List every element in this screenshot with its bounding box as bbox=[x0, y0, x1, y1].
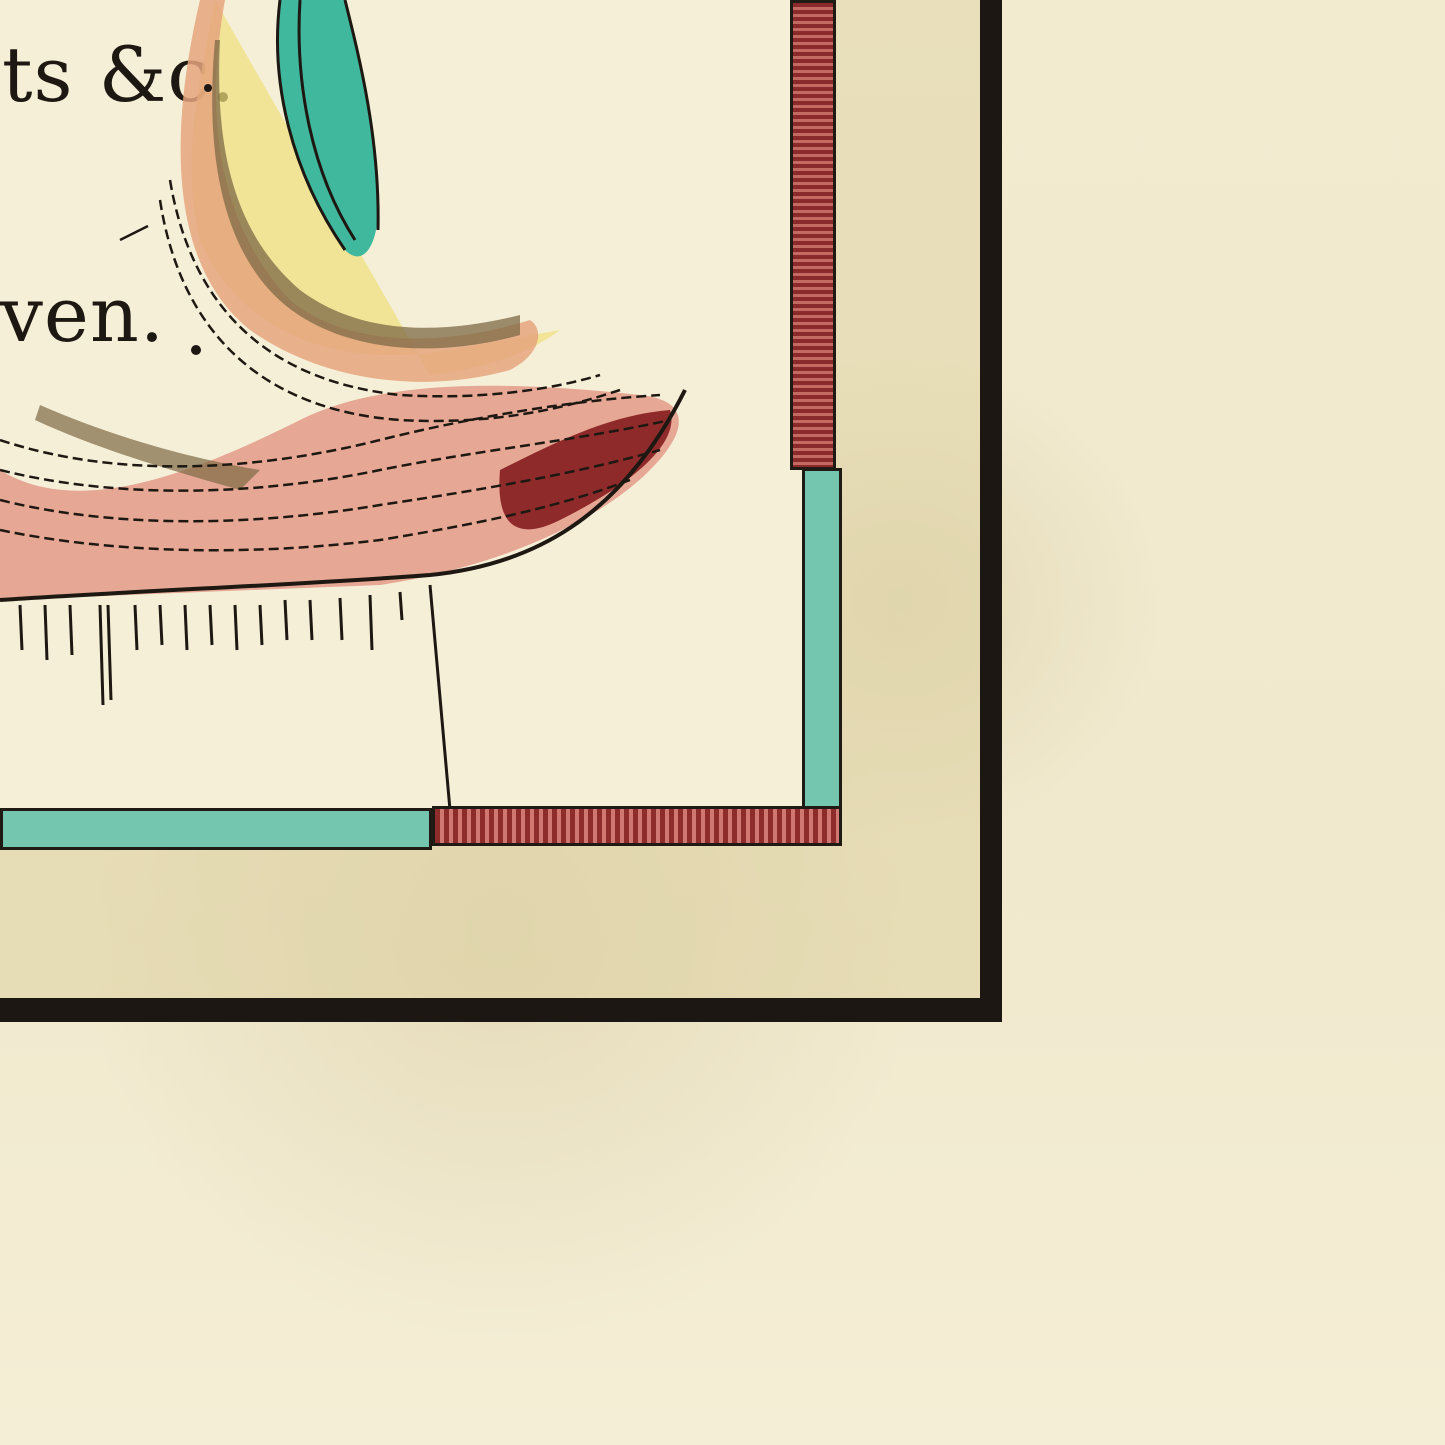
border-segment-teal-vertical bbox=[802, 468, 842, 846]
border-segment-red-vertical bbox=[790, 0, 836, 470]
border-segment-teal-horizontal bbox=[0, 808, 432, 850]
outer-neatline-horizontal bbox=[0, 998, 1002, 1022]
outer-neatline-vertical bbox=[980, 0, 1002, 1010]
scroll-ornament-icon bbox=[0, 0, 1445, 1445]
border-segment-red-horizontal bbox=[432, 806, 842, 846]
